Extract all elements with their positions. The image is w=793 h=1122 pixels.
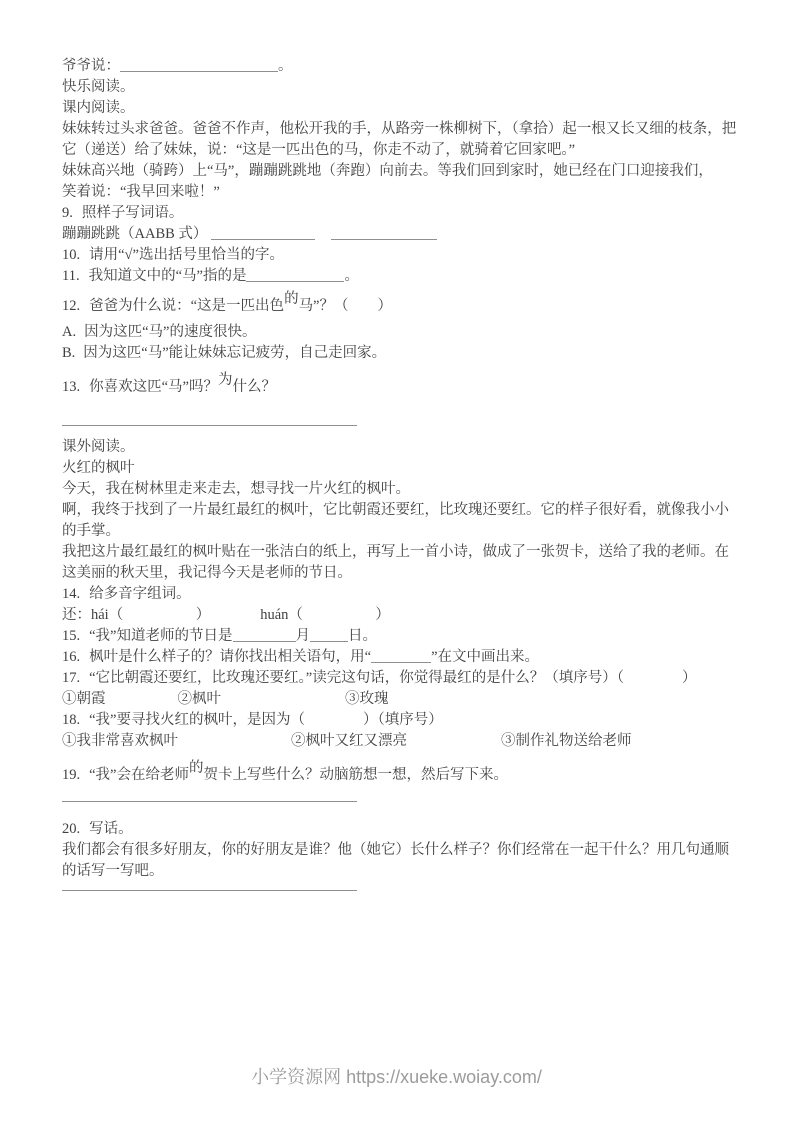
- grandpa-prefix: 爷爷说：: [62, 58, 120, 74]
- question-18-text: “我”要寻找火红的枫叶，是因为（ ）（填序号）: [89, 712, 443, 728]
- footer-watermark: 小学资源网 https://xueke.woiay.com/: [0, 1065, 793, 1089]
- question-9: 9.照样子写词语。: [62, 203, 740, 224]
- question-13-text-pre: 你喜欢这匹“马”吗？: [89, 379, 218, 395]
- passage2-line-2: 啊，我终于找到了一片最红最红的枫叶，它比朝霞还要红，比玫瑰还要红。它的样子很好看…: [62, 500, 740, 521]
- grandpa-period: 。: [278, 58, 293, 74]
- question-17-option-2: ②枫叶: [178, 691, 222, 707]
- question-16-text-post: ”在文中画出来。: [431, 649, 539, 665]
- question-14-number: 14.: [62, 586, 80, 602]
- question-9-blank-2: [331, 225, 437, 240]
- question-13-answer-line: [62, 425, 357, 426]
- question-13-number: 13.: [62, 379, 80, 395]
- question-16: 16.枫叶是什么样子的？请你找出相关语句，用“”在文中画出来。: [62, 647, 740, 668]
- question-14-answer-row: 还：hái（ ）huán（ ）: [62, 605, 740, 626]
- question-15-month-char: 月: [296, 628, 311, 644]
- option-b-text: 因为这匹“马”能让妹妹忘记疲劳，自己走回家。: [83, 345, 386, 361]
- outside-reading-heading: 课外阅读。: [62, 437, 740, 458]
- question-20-prompt-1: 我们都会有很多好朋友，你的好朋友是谁？他（她它）长什么样子？你们经常在一起干什么…: [62, 840, 740, 861]
- question-12-number: 12.: [62, 298, 80, 314]
- question-17-number: 17.: [62, 670, 80, 686]
- question-9-blank-1: [211, 225, 315, 240]
- question-19-answer-line: [62, 801, 357, 802]
- passage2-title: 火红的枫叶: [62, 458, 740, 479]
- question-20: 20.写话。: [62, 819, 740, 840]
- question-11-number: 11.: [62, 268, 80, 284]
- question-12-raised-char: 的: [284, 291, 299, 307]
- question-11: 11.我知道文中的“马”指的是。: [62, 266, 740, 287]
- question-17-option-3: ③玫瑰: [345, 691, 389, 707]
- happy-reading-heading: 快乐阅读。: [62, 77, 740, 98]
- question-12-text-post: 马”？（ ）: [299, 298, 392, 314]
- question-20-title: 写话。: [89, 821, 133, 837]
- grandpa-blank: [120, 57, 278, 72]
- question-16-number: 16.: [62, 649, 80, 665]
- question-19-text-post: 贺卡上写些什么？动脑筋想一想，然后写下来。: [204, 767, 509, 783]
- question-17: 17.“它比朝霞还要红，比玫瑰还要红。”读完这句话，你觉得最红的是什么？（填序号…: [62, 668, 740, 689]
- option-a-label: A.: [62, 324, 76, 340]
- question-18-number: 18.: [62, 712, 80, 728]
- question-11-period: 。: [344, 268, 359, 284]
- question-9-example: 蹦蹦跳跳（AABB 式）: [62, 226, 207, 242]
- question-19-raised-char: 的: [189, 760, 204, 776]
- question-10-number: 10.: [62, 247, 80, 263]
- polyphone-character: 还：: [62, 607, 91, 623]
- question-9-title: 照样子写词语。: [82, 205, 184, 221]
- question-16-blank: [371, 648, 431, 663]
- passage2-line-3: 的手掌。: [62, 521, 740, 542]
- question-15-blank-day: [310, 627, 348, 642]
- passage2-line-1: 今天，我在树林里走来走去，想寻找一片火红的枫叶。: [62, 479, 740, 500]
- question-15-number: 15.: [62, 628, 80, 644]
- passage2-line-5: 这美丽的秋天里，我记得今天是老师的节日。: [62, 563, 740, 584]
- question-11-blank: [246, 267, 344, 282]
- passage1-line-1: 妹妹转过头求爸爸。爸爸不作声，他松开我的手，从路旁一株柳树下，（拿拾）起一根又长…: [62, 119, 740, 140]
- question-14: 14.给多音字组词。: [62, 584, 740, 605]
- question-20-answer-line: [62, 890, 357, 891]
- option-a-text: 因为这匹“马”的速度很快。: [84, 324, 256, 340]
- question-9-example-line: 蹦蹦跳跳（AABB 式）: [62, 224, 740, 245]
- passage2-line-4: 我把这片最红最红的枫叶贴在一张洁白的纸上，再写上一首小诗，做成了一张贺卡，送给了…: [62, 542, 740, 563]
- passage1-line-2: 它（递送）给了妹妹，说：“这是一匹出色的马，你走不动了，就骑着它回家吧。”: [62, 140, 740, 161]
- question-19-text-pre: “我”会在给老师: [89, 767, 189, 783]
- option-b-label: B.: [62, 345, 75, 361]
- question-12-option-a: A.因为这匹“马”的速度很快。: [62, 322, 740, 343]
- question-16-text-pre: 枫叶是什么样子的？请你找出相关语句，用“: [89, 649, 371, 665]
- question-15-text: “我”知道老师的节日是: [89, 628, 232, 644]
- question-18-option-3: ③制作礼物送给老师: [501, 733, 632, 749]
- question-20-number: 20.: [62, 821, 80, 837]
- question-15-blank-month: [233, 627, 296, 642]
- question-9-number: 9.: [62, 205, 73, 221]
- exam-content: 爷爷说：。 快乐阅读。 课内阅读。 妹妹转过头求爸爸。爸爸不作声，他松开我的手，…: [62, 56, 740, 891]
- question-19: 19.“我”会在给老师的贺卡上写些什么？动脑筋想一想，然后写下来。: [62, 765, 740, 786]
- passage1-line-4: 笑着说：“我早回来啦！”: [62, 182, 740, 203]
- question-14-title: 给多音字组词。: [89, 586, 191, 602]
- inclass-reading-heading: 课内阅读。: [62, 98, 740, 119]
- question-10: 10.请用“√”选出括号里恰当的字。: [62, 245, 740, 266]
- question-20-prompt-2: 的话写一写吧。: [62, 861, 740, 882]
- question-13-text-post: 什么？: [233, 379, 277, 395]
- question-15: 15.“我”知道老师的节日是月日。: [62, 626, 740, 647]
- exam-page: 爷爷说：。 快乐阅读。 课内阅读。 妹妹转过头求爸爸。爸爸不作声，他松开我的手，…: [0, 0, 793, 1122]
- question-17-option-1: ①朝霞: [62, 691, 106, 707]
- question-18: 18.“我”要寻找火红的枫叶，是因为（ ）（填序号）: [62, 710, 740, 731]
- passage1-line-3: 妹妹高兴地（骑跨）上“马”，蹦蹦跳跳地（奔跑）向前去。等我们回到家时，她已经在门…: [62, 161, 740, 182]
- question-18-option-1: ①我非常喜欢枫叶: [62, 733, 178, 749]
- question-18-options: ①我非常喜欢枫叶②枫叶又红又漂亮③制作礼物送给老师: [62, 731, 740, 752]
- question-12-option-b: B.因为这匹“马”能让妹妹忘记疲劳，自己走回家。: [62, 343, 740, 364]
- question-17-text: “它比朝霞还要红，比玫瑰还要红。”读完这句话，你觉得最红的是什么？（填序号）（ …: [89, 670, 696, 686]
- question-12-text-pre: 爸爸为什么说：“这是一匹出色: [89, 298, 284, 314]
- question-18-option-2: ②枫叶又红又漂亮: [291, 733, 407, 749]
- question-17-options: ①朝霞②枫叶③玫瑰: [62, 689, 740, 710]
- question-10-text: 请用“√”选出括号里恰当的字。: [89, 247, 284, 263]
- pinyin-huan: huán（ ）: [260, 607, 390, 623]
- question-13-raised-char: 为: [218, 372, 233, 388]
- question-19-number: 19.: [62, 767, 80, 783]
- question-11-text: 我知道文中的“马”指的是: [89, 268, 247, 284]
- question-13: 13.你喜欢这匹“马”吗？为什么？: [62, 377, 740, 398]
- grandpa-fill-line: 爷爷说：。: [62, 56, 740, 77]
- question-12: 12.爸爸为什么说：“这是一匹出色的马”？（ ）: [62, 296, 740, 317]
- question-15-day-char: 日。: [348, 628, 377, 644]
- pinyin-hai: hái（ ）: [91, 607, 210, 623]
